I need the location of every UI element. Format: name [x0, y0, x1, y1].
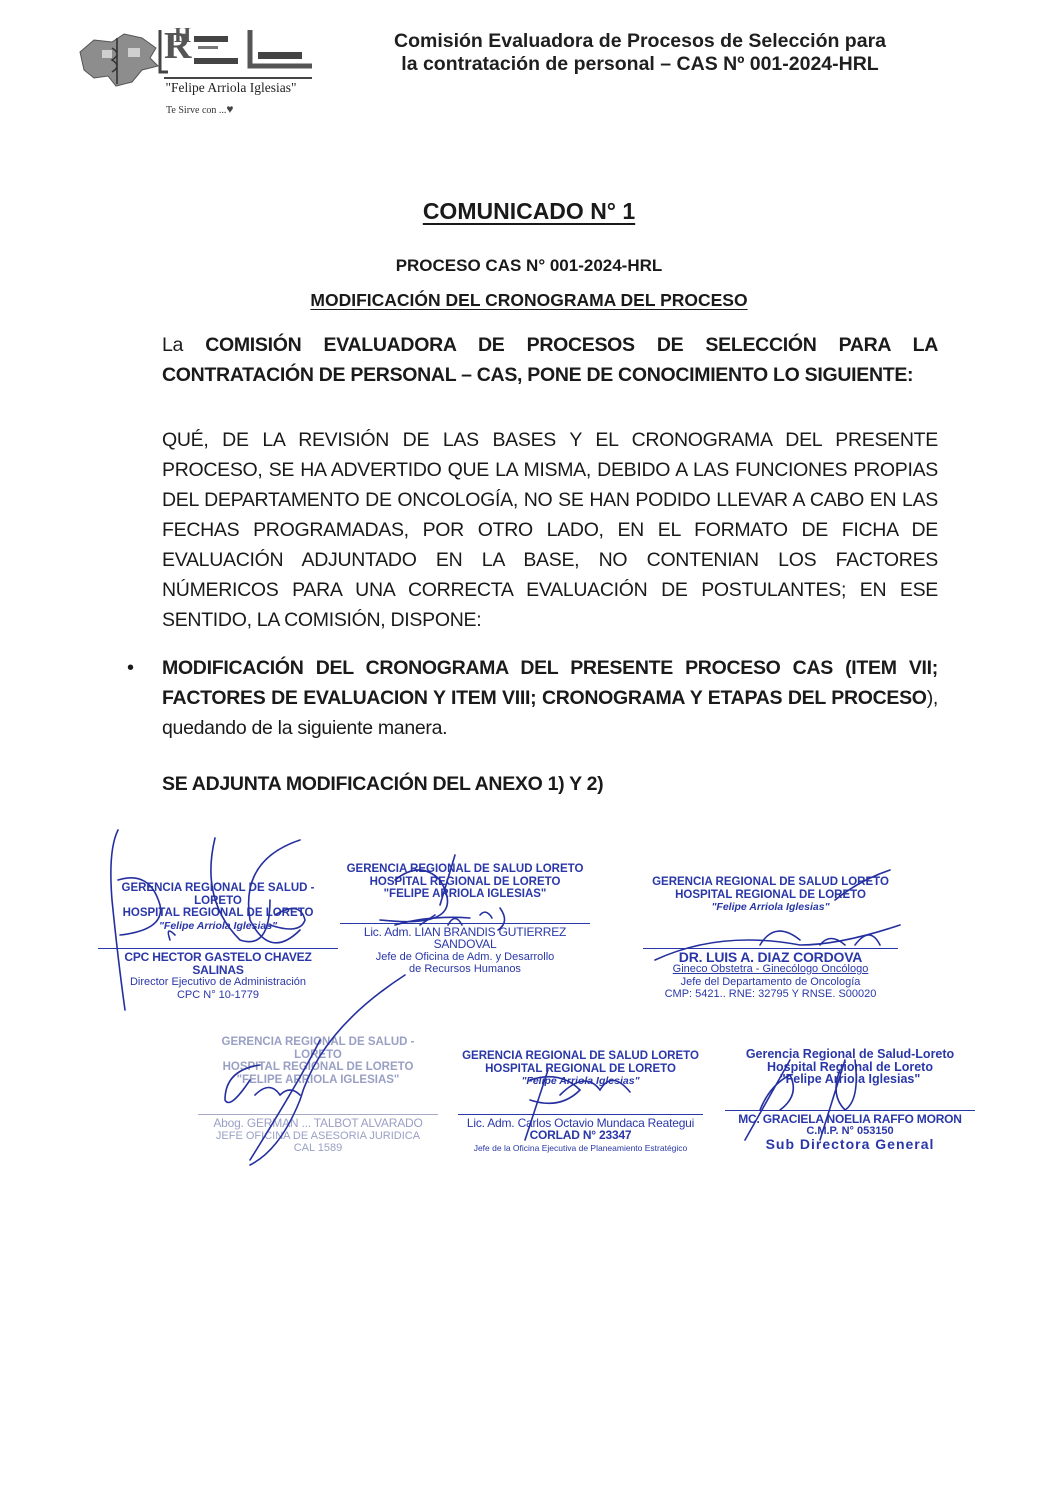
hospital-wordmark: R H: [154, 28, 314, 86]
stamp-line: GERENCIA REGIONAL DE SALUD - LORETO: [98, 882, 338, 907]
signer-name: DR. LUIS A. DIAZ CORDOVA: [643, 951, 898, 964]
signer-name: MC. GRACIELA NOELIA RAFFO MORON: [725, 1113, 975, 1126]
signature-block-administration: GERENCIA REGIONAL DE SALUD - LORETO HOSP…: [98, 882, 338, 1001]
signature-line: [725, 1110, 975, 1111]
signer-license: CPC N° 10-1779: [98, 989, 338, 1002]
intro-bold: COMISIÓN EVALUADORA DE PROCESOS DE SELEC…: [162, 334, 938, 386]
stamp-line: "Felipe Arriola Iglesias": [725, 1073, 975, 1086]
bullet-icon: •: [127, 657, 134, 680]
signature-block-legal: GERENCIA REGIONAL DE SALUD - LORETO HOSP…: [198, 1036, 438, 1155]
document-title: COMUNICADO N° 1: [0, 198, 1058, 225]
signer-role: JEFE OFICINA DE ASESORIA JURIDICA: [198, 1130, 438, 1143]
signer-license: CORLAD N° 23347: [458, 1129, 703, 1142]
signature-block-oncology: GERENCIA REGIONAL DE SALUD LORETO HOSPIT…: [643, 876, 898, 1001]
stamp-line: GERENCIA REGIONAL DE SALUD LORETO: [643, 876, 898, 889]
stamp-line: "Felipe Arriola Iglesias": [458, 1075, 703, 1088]
header-title-line2: la contratación de personal – CAS Nº 001…: [345, 53, 935, 76]
logo-motto: "Felipe Arriola Iglesias": [146, 80, 316, 96]
stamp-line: HOSPITAL REGIONAL DE LORETO: [340, 876, 590, 889]
signer-role: Director Ejecutivo de Administración: [98, 976, 338, 989]
logo-tagline: Te Sirve con ...♥: [166, 102, 234, 117]
signature-line: [458, 1114, 703, 1115]
stamp-line: HOSPITAL REGIONAL DE LORETO: [643, 889, 898, 902]
stamp-line: Gerencia Regional de Salud-Loreto: [725, 1048, 975, 1061]
tagline-text: Te Sirve con ...: [166, 105, 226, 116]
signature-block-deputy-director: Gerencia Regional de Salud-Loreto Hospit…: [725, 1048, 975, 1150]
process-id: PROCESO CAS N° 001-2024-HRL: [0, 256, 1058, 276]
signature-line: [98, 948, 338, 949]
signer-name: Abog. GERMAN ... TALBOT ALVARADO: [198, 1117, 438, 1130]
header-title-line1: Comisión Evaluadora de Procesos de Selec…: [345, 30, 935, 53]
signer-license: CMP: 5421.. RNE: 32795 Y RNSE. S00020: [643, 988, 898, 1001]
signer-name: Lic. Adm. LIAN BRANDIS GUTIERREZ SANDOVA…: [340, 926, 590, 951]
stamp-line: "Felipe Arriola Iglesias": [98, 920, 338, 933]
signer-specialty: Gineco Obstetra - Ginecólogo Oncólogo: [643, 963, 898, 976]
signature-line: [340, 923, 590, 924]
bullet-bold: MODIFICACIÓN DEL CRONOGRAMA DEL PRESENTE…: [162, 657, 938, 709]
stamp-line: GERENCIA REGIONAL DE SALUD - LORETO: [198, 1036, 438, 1061]
intro-paragraph: La COMISIÓN EVALUADORA DE PROCESOS DE SE…: [162, 330, 938, 390]
signer-role: Sub Directora General: [725, 1138, 975, 1151]
attachment-note: SE ADJUNTA MODIFICACIÓN DEL ANEXO 1) Y 2…: [162, 773, 603, 796]
intro-prefix: La: [162, 334, 205, 356]
bullet-text: MODIFICACIÓN DEL CRONOGRAMA DEL PRESENTE…: [162, 653, 938, 743]
hospital-logo: R H "Felipe Arriola Iglesias" Te Sirve c…: [62, 22, 322, 122]
heart-icon: ♥: [226, 102, 233, 117]
signer-role: Jefe del Departamento de Oncología: [643, 976, 898, 989]
header-title: Comisión Evaluadora de Procesos de Selec…: [345, 30, 935, 76]
stamp-line: GERENCIA REGIONAL DE SALUD LORETO: [458, 1050, 703, 1063]
body-paragraph: QUÉ, DE LA REVISIÓN DE LAS BASES Y EL CR…: [162, 425, 938, 635]
signature-block-human-resources: GERENCIA REGIONAL DE SALUD LORETO HOSPIT…: [340, 863, 590, 976]
signature-block-planning: GERENCIA REGIONAL DE SALUD LORETO HOSPIT…: [458, 1050, 703, 1154]
stamp-line: "Felipe Arriola Iglesias": [643, 901, 898, 914]
signer-role: Jefe de Oficina de Adm. y Desarrollo: [340, 951, 590, 964]
stamp-line: "FELIPE ARRIOLA IGLESIAS": [340, 888, 590, 901]
signature-line: [198, 1114, 438, 1115]
document-subtitle: MODIFICACIÓN DEL CRONOGRAMA DEL PROCESO: [0, 290, 1058, 311]
signer-role-2: de Recursos Humanos: [340, 963, 590, 976]
stamp-line: "FELIPE ARRIOLA IGLESIAS": [198, 1074, 438, 1087]
stamp-line: HOSPITAL REGIONAL DE LORETO: [98, 907, 338, 920]
svg-text:H: H: [174, 28, 191, 47]
stamp-line: GERENCIA REGIONAL DE SALUD LORETO: [340, 863, 590, 876]
signer-license: CAL 1589: [198, 1142, 438, 1155]
stamp-line: HOSPITAL REGIONAL DE LORETO: [198, 1061, 438, 1074]
signer-role: Jefe de la Oficina Ejecutiva de Planeami…: [458, 1142, 703, 1155]
signer-name: CPC HECTOR GASTELO CHAVEZ SALINAS: [98, 951, 338, 976]
stamp-line: HOSPITAL REGIONAL DE LORETO: [458, 1063, 703, 1076]
